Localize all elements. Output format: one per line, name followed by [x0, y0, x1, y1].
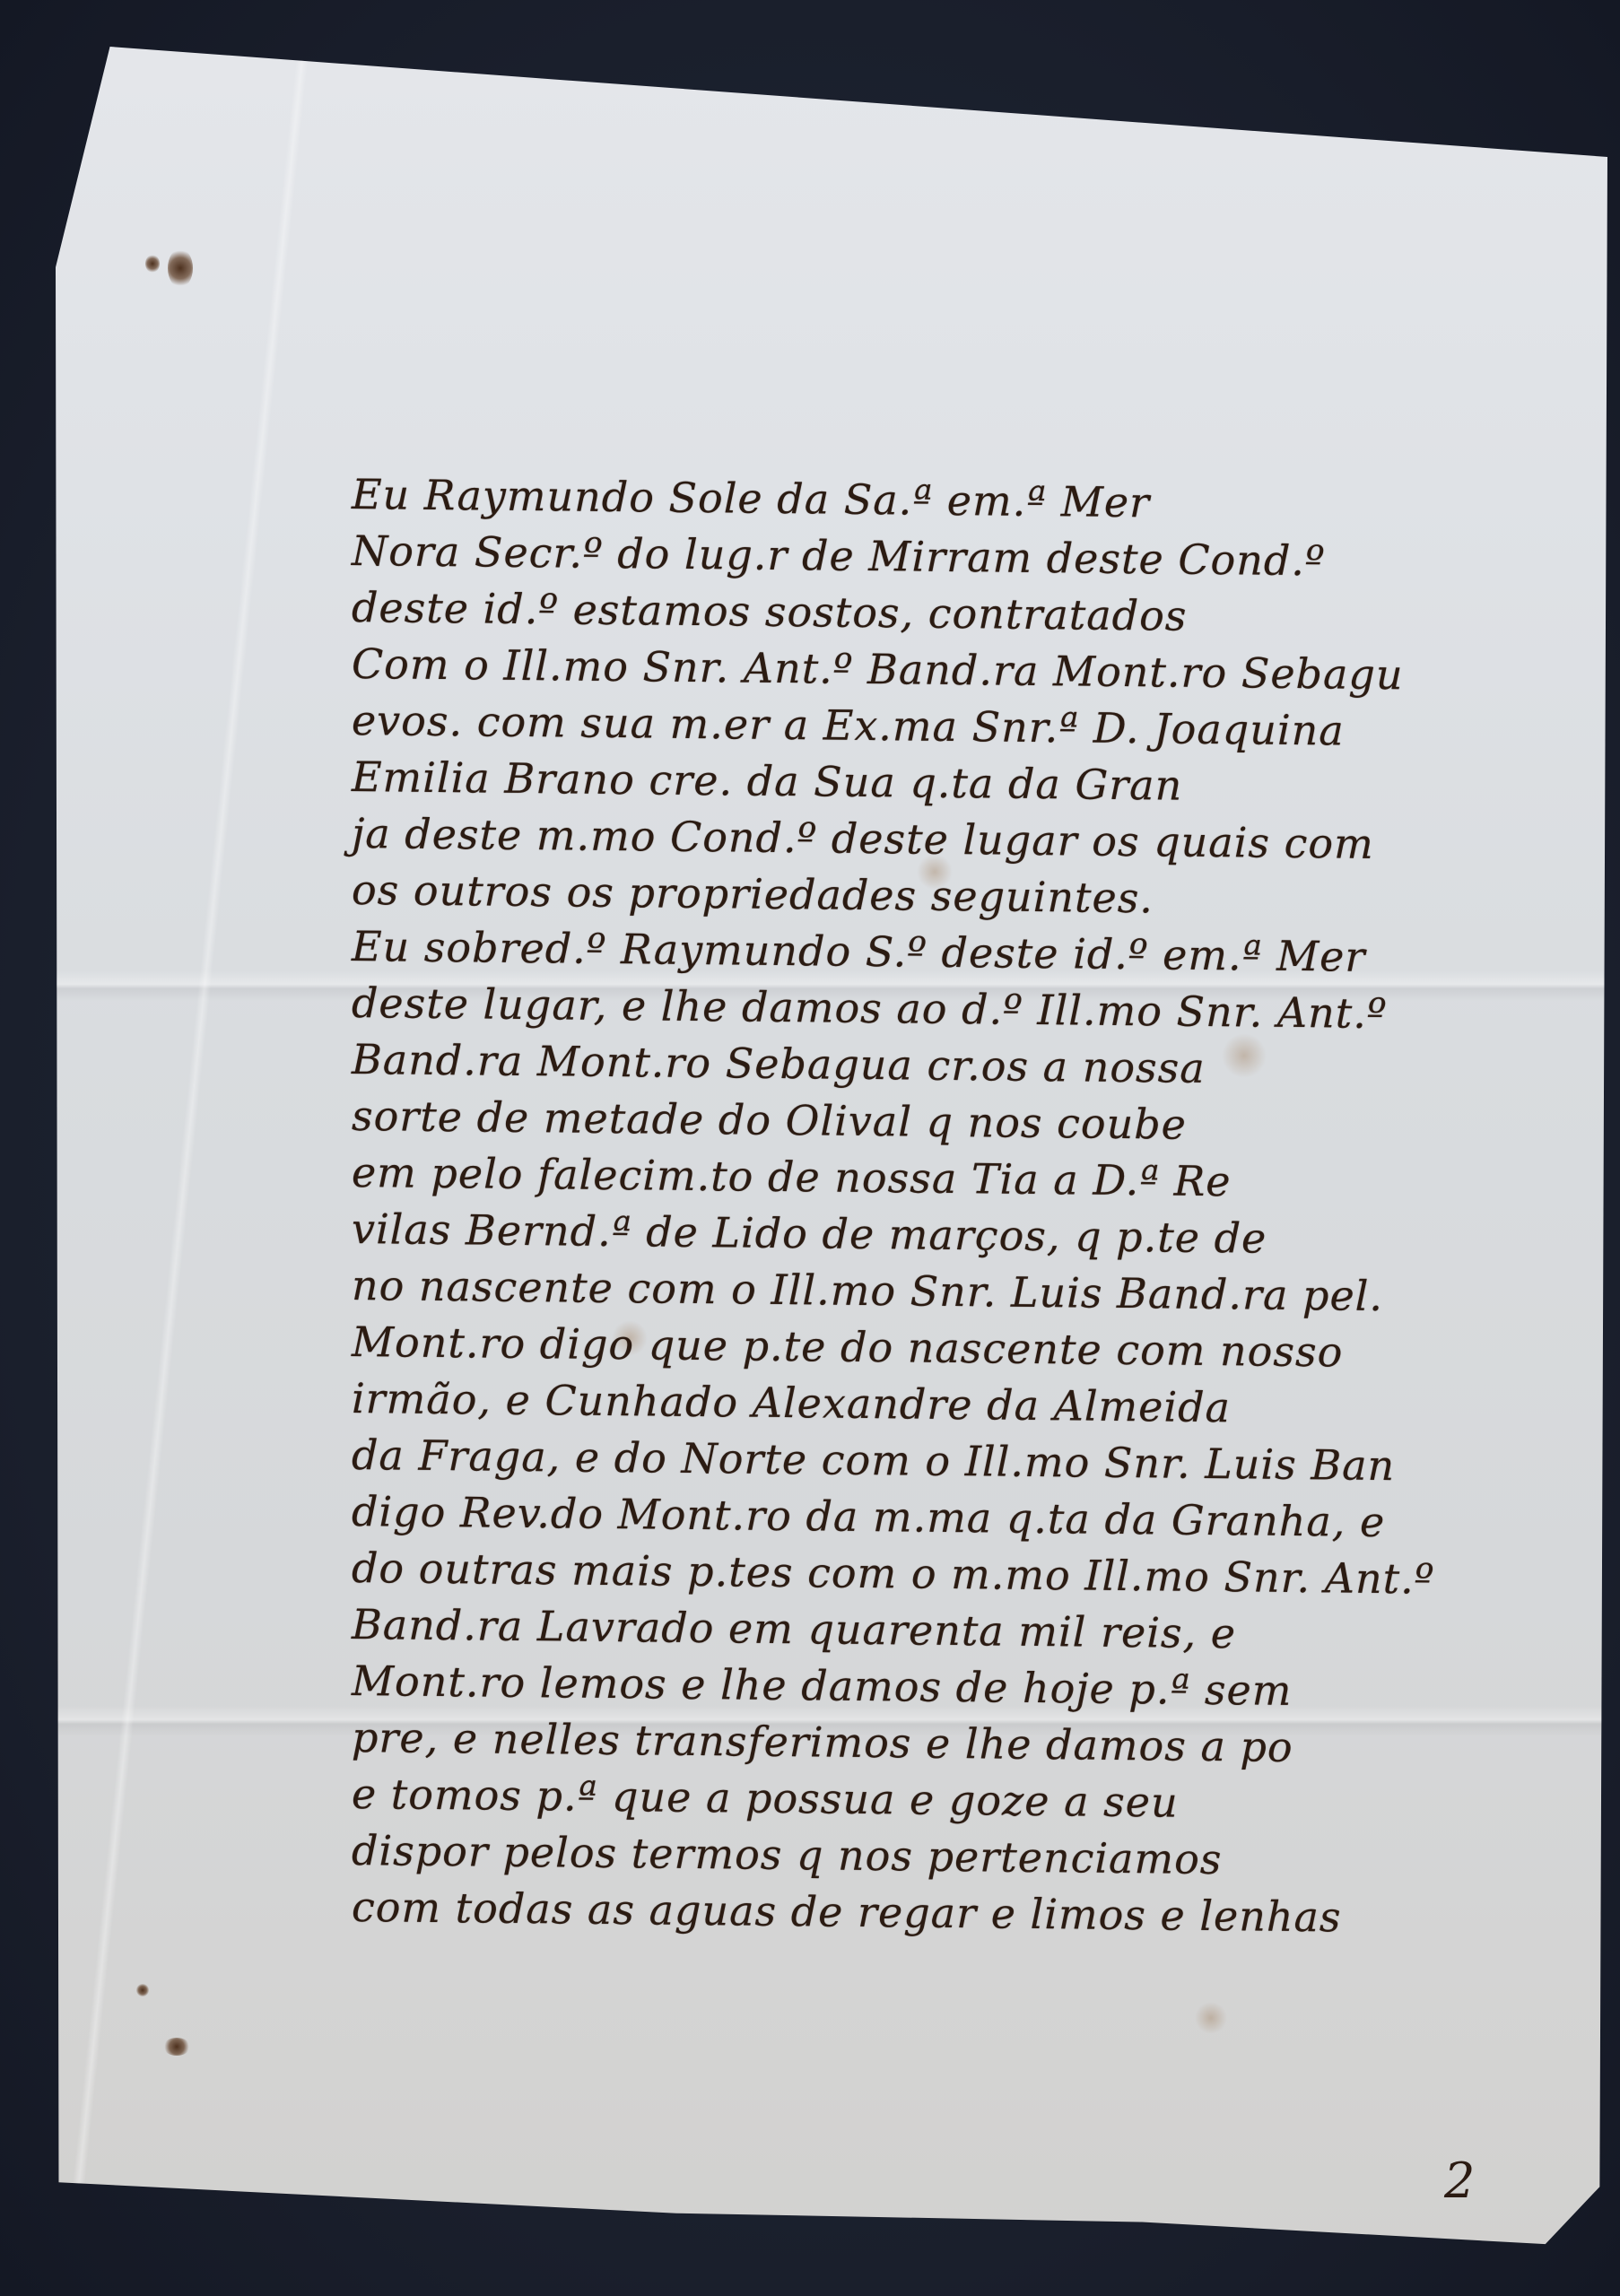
vertical-fold-crease	[65, 47, 310, 2253]
ink-speck	[163, 2038, 190, 2056]
ink-blot	[168, 248, 193, 288]
foxing-spot	[1195, 2002, 1227, 2034]
handwritten-text-body: Eu Raymundo Sole da Sa.ª em.ª Mer Nora S…	[352, 466, 1590, 1935]
ink-blot	[145, 255, 160, 273]
page-number: 2	[1444, 2152, 1475, 2209]
ink-speck	[136, 1984, 149, 1996]
